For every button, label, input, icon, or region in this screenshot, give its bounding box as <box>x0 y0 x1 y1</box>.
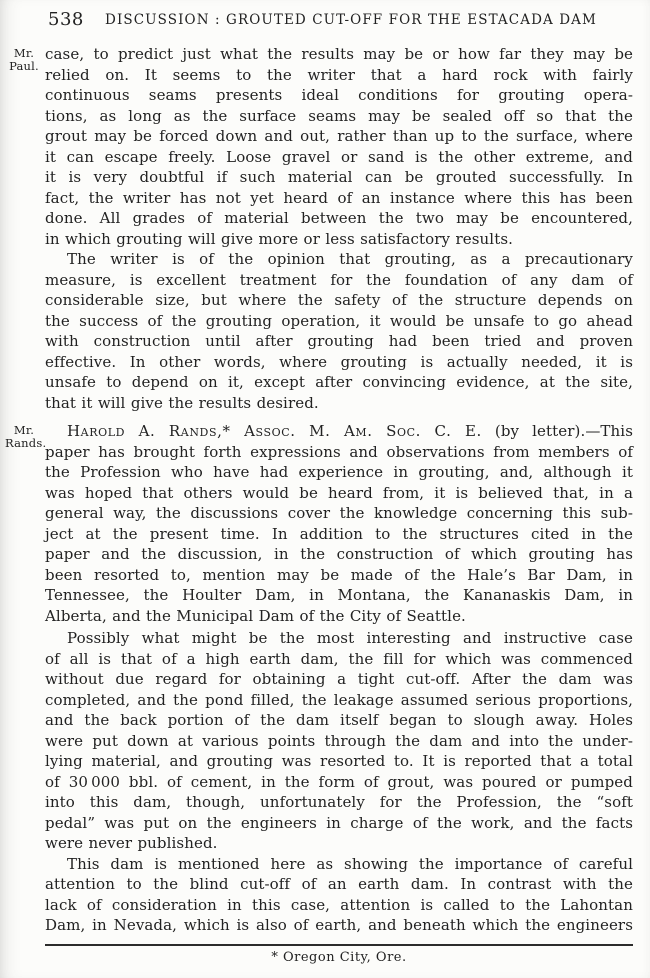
speaker-line-rest: (by letter).—This <box>482 422 633 440</box>
text-line: were put down at various points through … <box>45 731 633 752</box>
text-line: considerable size, but where the safety … <box>45 290 633 311</box>
margin-note-paul: Mr.Paul. <box>5 47 43 72</box>
text-line: were never published. <box>45 833 633 854</box>
text-line: Mr. <box>5 424 43 437</box>
paragraph-lahontan: This dam is mentioned here as showing th… <box>45 854 633 936</box>
page-number: 538 <box>48 9 84 30</box>
text-line: grout may be forced down and out, rather… <box>45 126 633 147</box>
text-line: continuous seams presents ideal conditio… <box>45 85 633 106</box>
text-line: tions, as long as the surface seams may … <box>45 106 633 127</box>
text-line: ject at the present time. In addition to… <box>45 524 633 545</box>
text-line: completed, and the pond filled, the leak… <box>45 690 633 711</box>
speaker-name-smallcaps: Harold A. Rands,* Assoc. M. Am. Soc. C. … <box>67 422 482 440</box>
text-line: pedal” was put on the engineers in charg… <box>45 813 633 834</box>
text-line: case, to predict just what the results m… <box>45 44 633 65</box>
paragraph-paul-continuation: case, to predict just what the results m… <box>45 44 633 249</box>
text-line: attention to the blind cut-off of an ear… <box>45 874 633 895</box>
text-line: fact, the writer has not yet heard of an… <box>45 188 633 209</box>
text-line: done. All grades of material between the… <box>45 208 633 229</box>
text-line: it is very doubtful if such material can… <box>45 167 633 188</box>
text-line: into this dam, though, unfortunately for… <box>45 792 633 813</box>
text-line: The writer is of the opinion that grouti… <box>45 249 633 270</box>
rands-speaker-line: Harold A. Rands,* Assoc. M. Am. Soc. C. … <box>45 421 633 442</box>
footnote-rule <box>45 944 633 946</box>
text-line: it can escape freely. Loose gravel or sa… <box>45 147 633 168</box>
text-line: Rands. <box>5 437 43 450</box>
text-line: lack of consideration in this case, atte… <box>45 895 633 916</box>
text-line: Dam, in Nevada, which is also of earth, … <box>45 915 633 936</box>
text-line: without due regard for obtaining a tight… <box>45 669 633 690</box>
running-title: DISCUSSION : GROUTED CUT-OFF FOR THE EST… <box>100 12 602 28</box>
text-line: the success of the grouting operation, i… <box>45 311 633 332</box>
text-line: Alberta, and the Municipal Dam of the Ci… <box>45 606 633 627</box>
text-line: relied on. It seems to the writer that a… <box>45 65 633 86</box>
text-line: that it will give the results desired. <box>45 393 633 414</box>
paragraph-paul-opinion: The writer is of the opinion that grouti… <box>45 249 633 413</box>
running-head: 538 DISCUSSION : GROUTED CUT-OFF FOR THE… <box>0 9 650 31</box>
text-line: effective. In other words, where groutin… <box>45 352 633 373</box>
paragraph-rands-letter: Harold A. Rands,* Assoc. M. Am. Soc. C. … <box>45 421 633 626</box>
paragraph-earth-dam-case: Possibly what might be the most interest… <box>45 628 633 854</box>
text-line: Paul. <box>5 60 43 73</box>
text-line: of 30 000 bbl. of cement, in the form of… <box>45 772 633 793</box>
text-line: of all is that of a high earth dam, the … <box>45 649 633 670</box>
text-line: the Profession who have had experience i… <box>45 462 633 483</box>
text-line: lying material, and grouting was resorte… <box>45 751 633 772</box>
text-line: This dam is mentioned here as showing th… <box>45 854 633 875</box>
text-line: Tennessee, the Houlter Dam, in Montana, … <box>45 585 633 606</box>
text-line: was hoped that others would be heard fro… <box>45 483 633 504</box>
scanned-page: 538 DISCUSSION : GROUTED CUT-OFF FOR THE… <box>0 0 650 978</box>
body-text: case, to predict just what the results m… <box>45 44 633 936</box>
text-line: in which grouting will give more or less… <box>45 229 633 250</box>
text-line: paper and the discussion, in the constru… <box>45 544 633 565</box>
text-line: paper has brought forth expressions and … <box>45 442 633 463</box>
text-line: measure, is excellent treatment for the … <box>45 270 633 291</box>
margin-note-rands: Mr.Rands. <box>5 424 43 449</box>
text-line: with construction until after grouting h… <box>45 331 633 352</box>
text-line: unsafe to depend on it, except after con… <box>45 372 633 393</box>
text-line: and the back portion of the dam itself b… <box>45 710 633 731</box>
text-line: been resorted to, mention may be made of… <box>45 565 633 586</box>
text-line: general way, the discussions cover the k… <box>45 503 633 524</box>
text-line: Mr. <box>5 47 43 60</box>
text-line: Possibly what might be the most interest… <box>45 628 633 649</box>
footnote-text: * Oregon City, Ore. <box>45 950 633 965</box>
